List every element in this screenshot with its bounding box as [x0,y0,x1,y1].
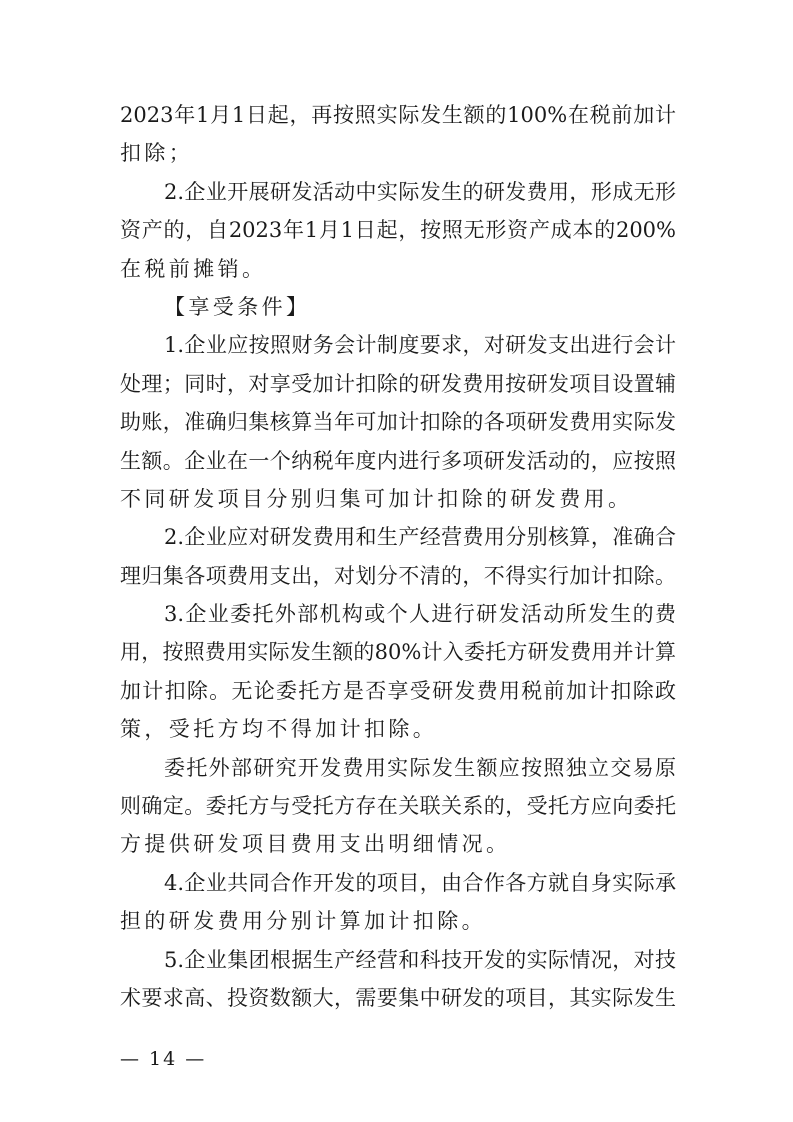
text-line: 生额。企业在一个纳税年度内进行多项研发活动的，应按照 [120,442,676,480]
text-line: 方提供研发项目费用支出明细情况。 [120,825,676,863]
document-body: 2023年1月1日起，再按照实际发生额的100%在税前加计扣除；2.企业开展研发… [120,96,676,1017]
page-number: — 14 — [120,1048,206,1070]
text-line: 扣除； [120,134,676,172]
text-line: 1.企业应按照财务会计制度要求，对研发支出进行会计 [120,326,676,364]
text-line: 3.企业委托外部机构或个人进行研发活动所发生的费 [120,595,676,633]
text-line: 2.企业应对研发费用和生产经营费用分别核算，准确合 [120,518,676,556]
text-line: 处理；同时，对享受加计扣除的研发费用按研发项目设置辅 [120,365,676,403]
text-line: 在税前摊销。 [120,250,676,288]
text-line: 4.企业共同合作开发的项目，由合作各方就自身实际承 [120,864,676,902]
text-line: 则确定。委托方与受托方存在关联关系的，受托方应向委托 [120,787,676,825]
text-line: 5.企业集团根据生产经营和科技开发的实际情况，对技 [120,941,676,979]
text-line: 策，受托方均不得加计扣除。 [120,710,676,748]
text-line: 2023年1月1日起，再按照实际发生额的100%在税前加计 [120,96,676,134]
text-line: 助账，准确归集核算当年可加计扣除的各项研发费用实际发 [120,403,676,441]
text-line: 担的研发费用分别计算加计扣除。 [120,902,676,940]
text-line: 理归集各项费用支出，对划分不清的，不得实行加计扣除。 [120,557,676,595]
text-line: 2.企业开展研发活动中实际发生的研发费用，形成无形 [120,173,676,211]
text-line: 不同研发项目分别归集可加计扣除的研发费用。 [120,480,676,518]
text-line: 资产的，自2023年1月1日起，按照无形资产成本的200% [120,211,676,249]
text-line: 加计扣除。无论委托方是否享受研发费用税前加计扣除政 [120,672,676,710]
text-line: 术要求高、投资数额大，需要集中研发的项目，其实际发生 [120,979,676,1017]
text-line: 用，按照费用实际发生额的80%计入委托方研发费用并计算 [120,633,676,671]
text-line: 【享受条件】 [120,288,676,326]
text-line: 委托外部研究开发费用实际发生额应按照独立交易原 [120,749,676,787]
